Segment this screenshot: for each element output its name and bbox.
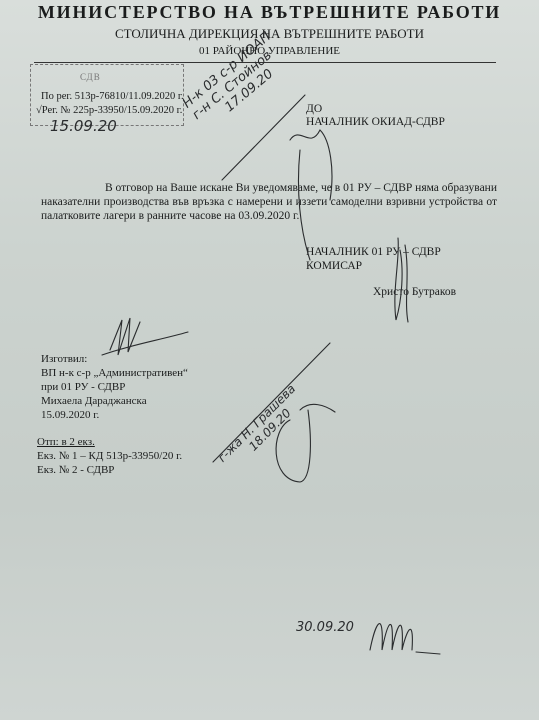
registration-line-2: √Рег. № 225р-33950/15.09.2020 г.: [36, 105, 182, 116]
signatory-name: Христо Бутраков: [373, 286, 456, 298]
registration-line-1: По рег. 513р-76810/11.09.2020 г.: [41, 91, 184, 102]
prepared-by-name: Михаела Дараджанска: [41, 394, 188, 408]
addressee-line-2: НАЧАЛНИК ОКИАД-СДВР: [306, 116, 445, 129]
stamp-mark: СДВ: [80, 72, 101, 82]
prepared-by-position: ВП н-к с-р „Административен“: [41, 366, 188, 380]
ministry-title: МИНИСТЕРСТВО НА ВЪТРЕШНИТЕ РАБОТИ: [0, 2, 539, 23]
prepared-by-block: Изготвил: ВП н-к с-р „Административен“ п…: [41, 352, 188, 422]
stamp-handwritten-date: 15.09.20: [50, 117, 117, 135]
footer-signature: [370, 624, 440, 654]
resolution-second: г-жа Н. Грашева 18.09.20: [215, 382, 308, 475]
prepared-by-label: Изготвил:: [41, 352, 188, 366]
copies-block: Отп: в 2 екз. Екз. № 1 – КД 513р-33950/2…: [37, 435, 182, 477]
signature-block: НАЧАЛНИК 01 РУ – СДВР КОМИСАР: [306, 245, 441, 273]
prepared-by-unit: при 01 РУ - СДВР: [41, 380, 188, 394]
body-paragraph: В отговор на Ваше искане Ви уведомяваме,…: [41, 181, 497, 223]
signatory-title-1: НАЧАЛНИК 01 РУ – СДВР: [306, 245, 441, 259]
copies-header: Отп: в 2 екз.: [37, 435, 182, 449]
copy-1: Екз. № 1 – КД 513р-33950/20 г.: [37, 449, 182, 463]
signatory-title-2: КОМИСАР: [306, 259, 441, 273]
footer-handwritten-date: 30.09.20: [296, 620, 354, 635]
copy-2: Екз. № 2 - СДВР: [37, 463, 182, 477]
preparer-signature: [102, 318, 188, 355]
addressee: ДО НАЧАЛНИК ОКИАД-СДВР: [306, 103, 445, 129]
addressee-line-1: ДО: [306, 103, 445, 116]
prepared-by-date: 15.09.2020 г.: [41, 408, 188, 422]
